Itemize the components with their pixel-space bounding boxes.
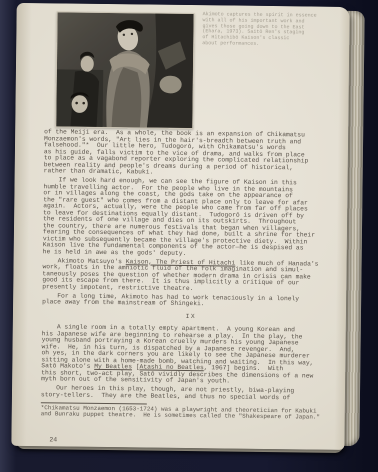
footnote-text: *Chikamatsu Monzaemon (1653-1724) was a … [41,405,339,421]
paragraph: of the Meiji era. As a whole, the book i… [44,129,343,178]
photo-illustration [56,12,193,128]
paragraph: If we look hard enough, we can see the f… [43,177,342,259]
photo-caption: Akimoto captures the spirit in essencewi… [202,12,330,48]
page: Akimoto captures the spirit in essencewi… [11,3,349,450]
section-heading: IX [42,312,340,322]
book-page: Akimoto captures the spirit in essencewi… [11,3,364,453]
footnote: *Chikamatsu Monzaemon (1653-1724) was a … [41,402,339,421]
paragraph: Akimoto Matsuyo's Kaison, The Priest of … [42,258,340,294]
page-number: 24 [49,436,57,443]
paragraph: For a long time, Akimoto has had to work… [42,293,340,310]
production-photo [55,11,194,129]
paragraph: Our heroes in this play, though, are not… [41,385,339,402]
paragraph: A single room in a totally empty apartme… [41,324,340,386]
body-text: of the Meiji era. As a whole, the book i… [41,129,343,421]
